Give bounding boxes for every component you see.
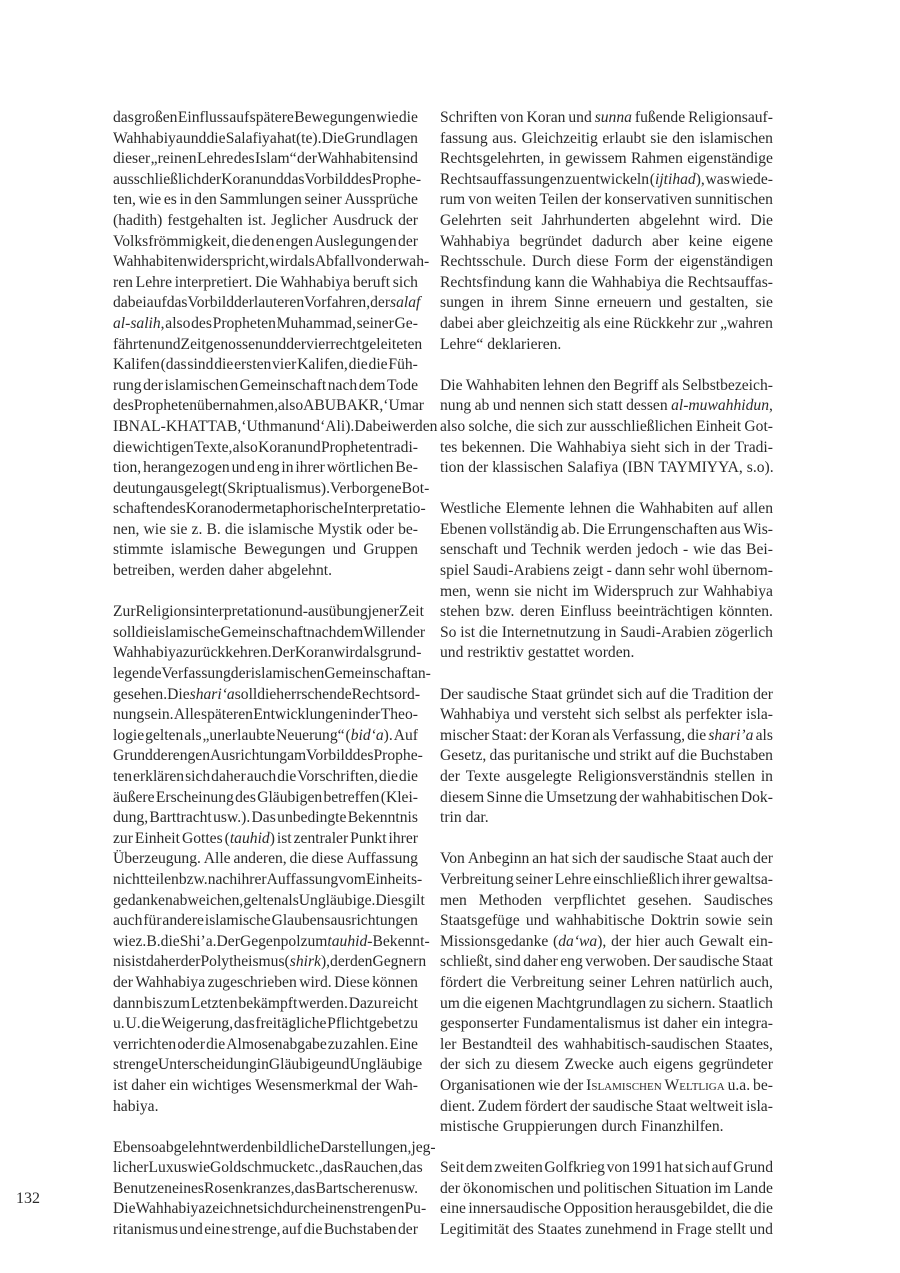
text-line: fährtenundZeitgenossenunddervierrechtgel… bbox=[113, 335, 418, 356]
text-line: sungeninihremSinneerneuernundgestalten,s… bbox=[440, 293, 773, 314]
paragraph: VonAnbeginnanhatsichdersaudischeStaatauc… bbox=[440, 849, 773, 1137]
text-line: al-salih,alsodesProphetenMuhammad,seiner… bbox=[113, 314, 418, 335]
text-line: LegitimitätdesStaateszunehmendinFrageste… bbox=[440, 1220, 773, 1241]
text-line: rumvonweitenTeilenderkonservativensunnit… bbox=[440, 190, 773, 211]
text-line: dersichzudiesemZweckeaucheigensgegründet… bbox=[440, 1055, 773, 1076]
text-line: dieser„reinenLehredesIslam“derWahhabiten… bbox=[113, 149, 418, 170]
text-line: gedankenabweichen,geltenalsUngläubige.Di… bbox=[113, 891, 418, 912]
paragraph: dasgroßenEinflussaufspätereBewegungenwie… bbox=[113, 108, 418, 582]
text-line: nungsein.AllespäterenEntwicklungeninderT… bbox=[113, 705, 418, 726]
text-line: Missionsgedanke(da‘wa),derhierauchGewalt… bbox=[440, 932, 773, 953]
paragraph: DersaudischeStaatgründetsichaufdieTradit… bbox=[440, 685, 773, 829]
text-line: mistischeGruppierungendurchFinanzhilfen. bbox=[440, 1117, 773, 1138]
text-line: betreiben,werdendaherabgelehnt. bbox=[113, 561, 418, 582]
text-line: legendeVerfassungderislamischenGemeinsch… bbox=[113, 664, 418, 685]
text-line: licherLuxuswieGoldschmucketc.,dasRauchen… bbox=[113, 1158, 418, 1179]
text-line: strengeUnterscheidunginGläubigeundUngläu… bbox=[113, 1055, 418, 1076]
text-line: wiez.B.dieShi’a.DerGegenpolzumtauhid-Bek… bbox=[113, 932, 418, 953]
text-line: auchfürandereislamischeGlaubensausrichtu… bbox=[113, 911, 418, 932]
text-line: Rechtsauffassungenzuentwickeln(ijtihad),… bbox=[440, 170, 773, 191]
text-line: stehenbzw.derenEinflussbeeinträchtigenkö… bbox=[440, 602, 773, 623]
paragraph: SchriftenvonKoranundsunnafußendeReligion… bbox=[440, 108, 773, 355]
left-column: dasgroßenEinflussaufspätereBewegungenwie… bbox=[113, 108, 418, 1261]
text-line: VerbreitungseinerLehreeinschließlichihre… bbox=[440, 870, 773, 891]
text-line: nungabundnennensichstattdessenal-muwahhi… bbox=[440, 396, 773, 417]
text-line: nichtteilenbzw.nachihrerAuffassungvomEin… bbox=[113, 870, 418, 891]
text-line: verrichtenoderdieAlmosenabgabezuzahlen.E… bbox=[113, 1035, 418, 1056]
text-line: dasgroßenEinflussaufspätereBewegungenwie… bbox=[113, 108, 418, 129]
text-line: DieWahhabiyazeichnetsichdurcheinenstreng… bbox=[113, 1199, 418, 1220]
text-line: gesponserterFundamentalismusistdahereini… bbox=[440, 1014, 773, 1035]
text-line: deutungausgelegt(Skriptualismus).Verborg… bbox=[113, 479, 418, 500]
text-line: tenerklärensichdaherauchdieVorschriften,… bbox=[113, 767, 418, 788]
text-line: SchriftenvonKoranundsunnafußendeReligion… bbox=[440, 108, 773, 129]
text-line: stimmteislamischeBewegungenundGruppen bbox=[113, 540, 418, 561]
text-line: diewichtigenTexte,alsoKoranundProphetent… bbox=[113, 438, 418, 459]
text-line: ritanismusundeinestrenge,aufdieBuchstabe… bbox=[113, 1220, 418, 1241]
text-line: Rechtsschule.DurchdieseFormdereigenständ… bbox=[440, 252, 773, 273]
text-line: trindar. bbox=[440, 808, 773, 829]
text-line: SoistdieInternetnutzunginSaudi-Arabienzö… bbox=[440, 623, 773, 644]
paragraph: EbensoabgelehntwerdenbildlicheDarstellun… bbox=[113, 1138, 418, 1241]
text-line: derWahhabiyazugeschriebenwird.Diesekönne… bbox=[113, 973, 418, 994]
text-line: DieWahhabitenlehnendenBegriffalsSelbstbe… bbox=[440, 376, 773, 397]
text-line: habiya. bbox=[113, 1097, 418, 1118]
text-line: Wahhabitenwiderspricht,wirdalsAbfallvond… bbox=[113, 252, 418, 273]
text-line: Wahhabiyabegründetdadurchaberkeineeigene bbox=[440, 232, 773, 253]
text-line: tion,herangezogenundenginihrerwörtlichen… bbox=[113, 458, 418, 479]
text-line: senschaftundTechnikwerdenjedoch-wiedasBe… bbox=[440, 540, 773, 561]
text-line: alsosolche,diesichzurausschließlichenEin… bbox=[440, 417, 773, 438]
text-line: dannbiszumLetztenbekämpftwerden.Dazureic… bbox=[113, 994, 418, 1015]
text-line: menMethodenverpflichtetgesehen.Saudische… bbox=[440, 891, 773, 912]
text-line: mischerStaat:derKoranalsVerfassung,diesh… bbox=[440, 726, 773, 747]
text-line: tesbekennen.DieWahhabiyasiehtsichinderTr… bbox=[440, 438, 773, 459]
text-line: eineinnersaudischeOppositionherausgebild… bbox=[440, 1199, 773, 1220]
text-line: gesehen.Dieshari‘asolldieherrschendeRech… bbox=[113, 685, 418, 706]
text-line: desProphetenübernahmen,alsoABUBAKR,‘Umar bbox=[113, 396, 418, 417]
text-line: Gesetz,daspuritanischeundstriktaufdieBuc… bbox=[440, 746, 773, 767]
paragraph: DieWahhabitenlehnendenBegriffalsSelbstbe… bbox=[440, 376, 773, 479]
text-line: dient.ZudemfördertdersaudischeStaatweltw… bbox=[440, 1097, 773, 1118]
text-line: men,wennsienichtimWiderspruchzurWahhabiy… bbox=[440, 582, 773, 603]
text-line: ten,wieesindenSammlungenseinerAussprüche bbox=[113, 190, 418, 211]
text-line: (hadith)festgehaltenist.JeglicherAusdruc… bbox=[113, 211, 418, 232]
text-line: GelehrtenseitJahrhundertenabgelehntwird.… bbox=[440, 211, 773, 232]
text-line: u.U.dieWeigerung,dasfreitäglichePflichtg… bbox=[113, 1014, 418, 1035]
text-line: BenutzeneinesRosenkranzes,dasBartscheren… bbox=[113, 1179, 418, 1200]
text-line: fassungaus.Gleichzeitigerlaubtsiedenisla… bbox=[440, 129, 773, 150]
text-line: SeitdemzweitenGolfkriegvon1991hatsichauf… bbox=[440, 1158, 773, 1179]
text-line: ZurReligionsinterpretationund-ausübungje… bbox=[113, 602, 418, 623]
text-line: Lehre“deklarieren. bbox=[440, 335, 773, 356]
text-line: schaftendesKoranodermetaphorischeInterpr… bbox=[113, 499, 418, 520]
text-line: Wahhabiyazurückkehren.DerKoranwirdalsgru… bbox=[113, 643, 418, 664]
text-line: Rechtsgelehrten,ingewissemRahmeneigenstä… bbox=[440, 149, 773, 170]
text-line: OrganisationenwiederIslamischenWeltligau… bbox=[440, 1076, 773, 1097]
text-line: GrundderengenAusrichtungamVorbilddesProp… bbox=[113, 746, 418, 767]
text-line: RechtsfindungkanndieWahhabiyadieRechtsau… bbox=[440, 273, 773, 294]
text-line: rungderislamischenGemeinschaftnachdemTod… bbox=[113, 376, 418, 397]
page-number: 132 bbox=[16, 1190, 40, 1208]
text-line: Kalifen(dassinddieerstenvierKalifen,died… bbox=[113, 355, 418, 376]
text-line: schließt,sinddaherengverwoben.Dersaudisc… bbox=[440, 952, 773, 973]
text-line: dung,Barttrachtusw.).DasunbedingteBekenn… bbox=[113, 808, 418, 829]
text-line: derökonomischenundpolitischenSituationim… bbox=[440, 1179, 773, 1200]
text-line: EbensoabgelehntwerdenbildlicheDarstellun… bbox=[113, 1138, 418, 1159]
paragraph: SeitdemzweitenGolfkriegvon1991hatsichauf… bbox=[440, 1158, 773, 1240]
text-line: StaatsgefügeundwahhabitischeDoktrinsowie… bbox=[440, 911, 773, 932]
text-line: Überzeugung.Alleanderen,diedieseAuffassu… bbox=[113, 849, 418, 870]
text-line: WestlicheElementelehnendieWahhabitenaufa… bbox=[440, 499, 773, 520]
right-column: SchriftenvonKoranundsunnafußendeReligion… bbox=[440, 108, 773, 1261]
text-line: derTexteausgelegteReligionsverständnisst… bbox=[440, 767, 773, 788]
text-line: nen,wiesiez.B.dieislamischeMystikoderbe- bbox=[113, 520, 418, 541]
text-line: Wahhabiyaundverstehtsichselbstalsperfekt… bbox=[440, 705, 773, 726]
text-line: äußereErscheinungdesGläubigenbetreffen(K… bbox=[113, 788, 418, 809]
text-line: IBNAL-KHATTAB,‘Uthmanund‘Ali).Dabeiwerde… bbox=[113, 417, 418, 438]
text-line: WahhabiyaunddieSalafiyahat(te).DieGrundl… bbox=[113, 129, 418, 150]
text-line: tionderklassischenSalafiya(IBNTAYMIYYA,s… bbox=[440, 458, 773, 479]
text-line: diesemSinnedieUmsetzungderwahhabitischen… bbox=[440, 788, 773, 809]
text-line: umdieeigenenMachtgrundlagenzusichern.Sta… bbox=[440, 994, 773, 1015]
text-line: ausschließlichderKoranunddasVorbilddesPr… bbox=[113, 170, 418, 191]
text-line: DersaudischeStaatgründetsichaufdieTradit… bbox=[440, 685, 773, 706]
text-line: zurEinheitGottes(tauhid)istzentralerPunk… bbox=[113, 829, 418, 850]
text-line: undrestriktivgestattetworden. bbox=[440, 643, 773, 664]
text-line: Ebenenvollständigab.DieErrungenschaftena… bbox=[440, 520, 773, 541]
text-line: dabeiabergleichzeitigalseineRückkehrzur„… bbox=[440, 314, 773, 335]
document-page: dasgroßenEinflussaufspätereBewegungenwie… bbox=[0, 0, 900, 1273]
text-line: lerBestandteildeswahhabitisch-saudischen… bbox=[440, 1035, 773, 1056]
paragraph: ZurReligionsinterpretationund-ausübungje… bbox=[113, 602, 418, 1117]
text-line: nisistdaherderPolytheismus(shirk),derden… bbox=[113, 952, 418, 973]
text-line: Volksfrömmigkeit,diedenengenAuslegungend… bbox=[113, 232, 418, 253]
paragraph: WestlicheElementelehnendieWahhabitenaufa… bbox=[440, 499, 773, 664]
text-line: fördertdieVerbreitungseinerLehrennatürli… bbox=[440, 973, 773, 994]
text-line: spielSaudi-Arabienszeigt-dannsehrwohlübe… bbox=[440, 561, 773, 582]
text-line: renLehreinterpretiert.DieWahhabiyaberuft… bbox=[113, 273, 418, 294]
text-line: logiegeltenals„unerlaubteNeuerung“(bid‘a… bbox=[113, 726, 418, 747]
text-line: dabeiaufdasVorbildderlauterenVorfahren,d… bbox=[113, 293, 418, 314]
text-line: istdahereinwichtigesWesensmerkmalderWah- bbox=[113, 1076, 418, 1097]
text-line: solldieislamischeGemeinschaftnachdemWill… bbox=[113, 623, 418, 644]
text-line: VonAnbeginnanhatsichdersaudischeStaatauc… bbox=[440, 849, 773, 870]
